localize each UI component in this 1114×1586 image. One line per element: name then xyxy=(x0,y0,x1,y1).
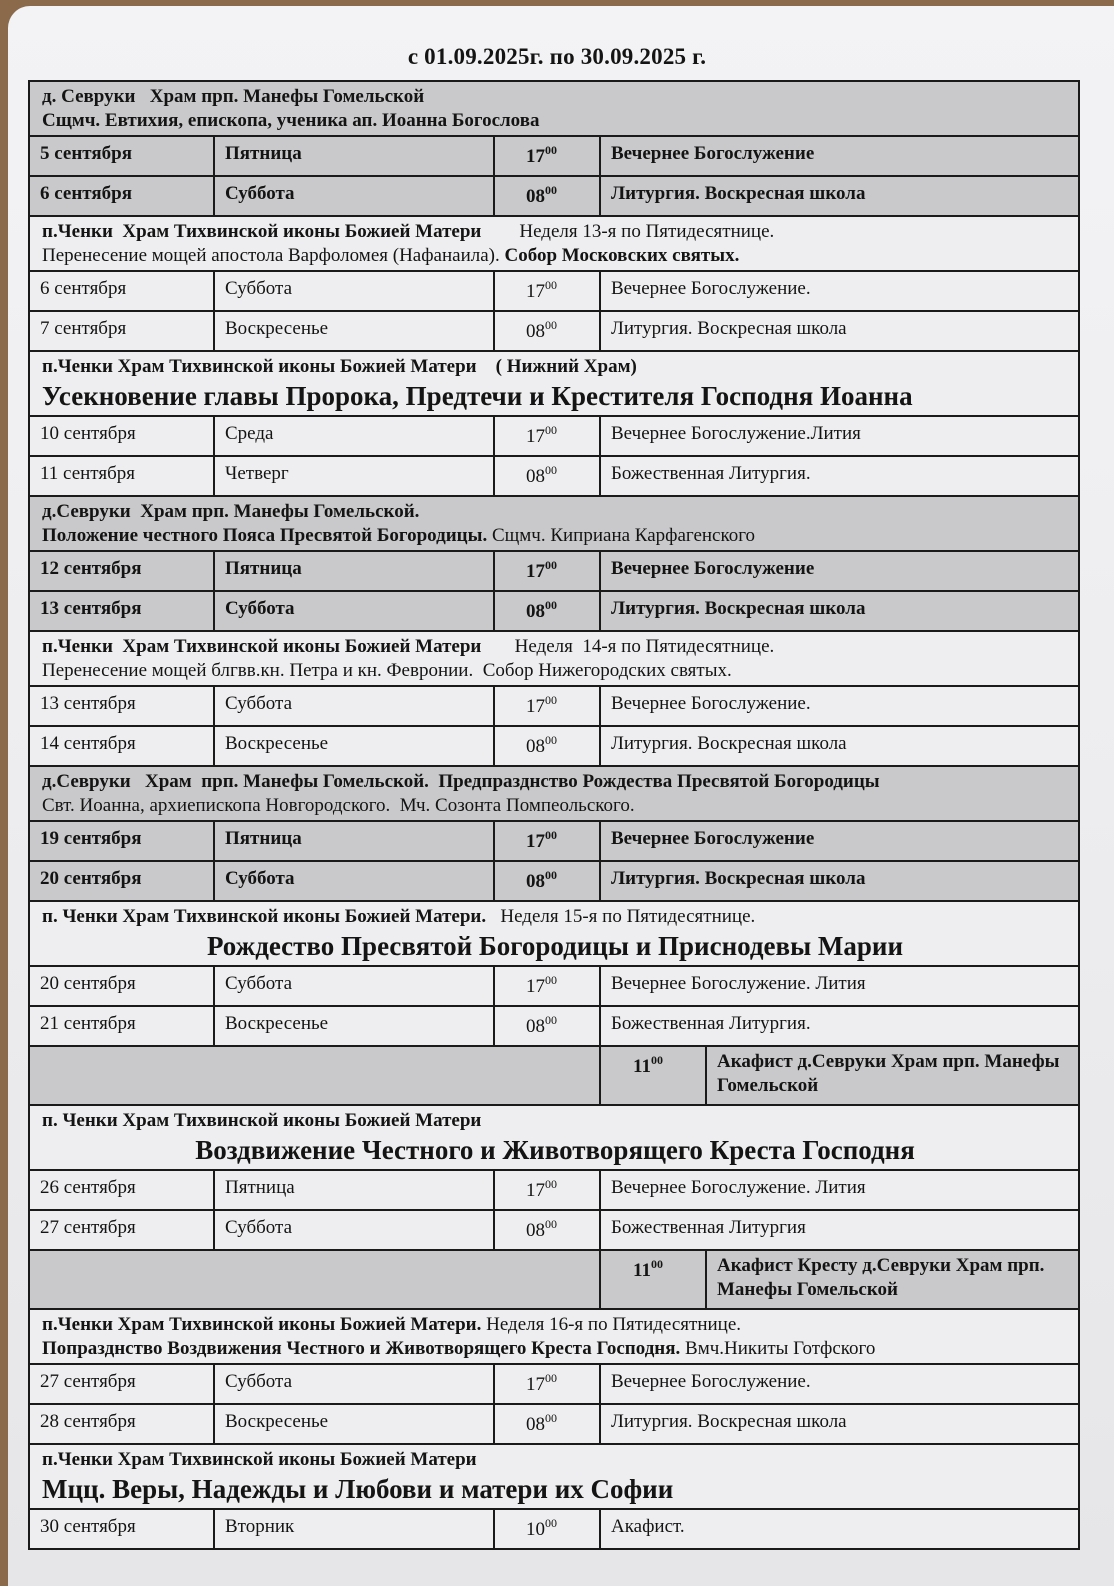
schedule-section: д.Севруки Храм прп. Манефы Гомельской.По… xyxy=(30,497,1078,632)
service-weekday: Суббота xyxy=(215,687,495,725)
schedule-section: п.Ченки Храм Тихвинской иконы Божией Мат… xyxy=(30,1310,1078,1445)
time-minutes: 00 xyxy=(545,183,557,197)
time-hour: 17 xyxy=(526,696,545,717)
service-date: 26 сентября xyxy=(30,1171,215,1209)
service-date: 5 сентября xyxy=(30,137,215,175)
service-row: 10 сентябряСреда1700Вечернее Богослужени… xyxy=(30,415,1078,455)
service-row: 1100Акафист Кресту д.Севруки Храм прп. М… xyxy=(30,1249,1078,1308)
header-text: п.Ченки Храм Тихвинской иконы Божией Мат… xyxy=(42,1449,477,1470)
time-minutes: 00 xyxy=(545,733,557,747)
service-row: 7 сентябряВоскресенье0800Литургия. Воскр… xyxy=(30,310,1078,350)
service-date: 20 сентября xyxy=(30,967,215,1005)
section-header: д.Севруки Храм прп. Манефы Гомельской. П… xyxy=(30,767,1078,820)
service-date: 12 сентября xyxy=(30,552,215,590)
section-header-line: п.Ченки Храм Тихвинской иконы Божией Мат… xyxy=(42,1313,1068,1337)
service-weekday: Воскресенье xyxy=(215,727,495,765)
time-minutes: 00 xyxy=(545,1013,557,1027)
time-hour: 08 xyxy=(526,736,545,757)
service-date: 20 сентября xyxy=(30,862,215,900)
service-date: 6 сентября xyxy=(30,272,215,310)
service-description: Вечернее Богослужение. xyxy=(601,687,1078,725)
service-date: 27 сентября xyxy=(30,1211,215,1249)
time-minutes: 00 xyxy=(545,1516,557,1530)
service-weekday: Среда xyxy=(215,417,495,455)
service-time: 0800 xyxy=(495,1007,601,1045)
service-description: Вечернее Богослужение.Лития xyxy=(601,417,1078,455)
time-hour: 11 xyxy=(633,1056,651,1077)
service-time: 1700 xyxy=(495,552,601,590)
header-text: д.Севруки Храм прп. Манефы Гомельской. П… xyxy=(42,771,880,792)
header-text: Неделя 15-я по Пятидесятнице. xyxy=(486,906,755,927)
service-date: 7 сентября xyxy=(30,312,215,350)
service-schedule-table: д. Севруки Храм прп. Манефы ГомельскойСщ… xyxy=(28,80,1080,1550)
time-hour: 17 xyxy=(526,426,545,447)
service-date: 11 сентября xyxy=(30,457,215,495)
feast-title: Мцц. Веры, Надежды и Любови и матери их … xyxy=(42,1472,1068,1506)
service-row: 26 сентябряПятница1700Вечернее Богослуже… xyxy=(30,1169,1078,1209)
service-description: Божественная Литургия. xyxy=(601,457,1078,495)
header-text: д. Севруки Храм прп. Манефы Гомельской xyxy=(42,86,424,107)
time-minutes: 00 xyxy=(545,143,557,157)
time-minutes: 00 xyxy=(545,558,557,572)
schedule-section: п. Ченки Храм Тихвинской иконы Божией Ма… xyxy=(30,902,1078,1106)
service-description: Литургия. Воскресная школа xyxy=(601,862,1078,900)
service-time: 0800 xyxy=(495,312,601,350)
schedule-section: д. Севруки Храм прп. Манефы ГомельскойСщ… xyxy=(30,82,1078,217)
section-header: п. Ченки Храм Тихвинской иконы Божией Ма… xyxy=(30,1106,1078,1169)
service-time: 0800 xyxy=(495,727,601,765)
section-header-line: Попразднство Воздвижения Честного и Живо… xyxy=(42,1337,1068,1361)
header-text: п.Ченки Храм Тихвинской иконы Божией Мат… xyxy=(42,356,637,377)
service-description: Вечернее Богослужение xyxy=(601,137,1078,175)
service-date: 30 сентября xyxy=(30,1510,215,1548)
schedule-section: п. Ченки Храм Тихвинской иконы Божией Ма… xyxy=(30,1106,1078,1310)
time-hour: 08 xyxy=(526,321,545,342)
service-row: 20 сентябряСуббота1700Вечернее Богослуже… xyxy=(30,965,1078,1005)
service-row: 14 сентябряВоскресенье0800Литургия. Воск… xyxy=(30,725,1078,765)
service-row: 27 сентябряСуббота0800Божественная Литур… xyxy=(30,1209,1078,1249)
schedule-section: п.Ченки Храм Тихвинской иконы Божией Мат… xyxy=(30,217,1078,352)
section-header-line: Сщмч. Евтихия, епископа, ученика ап. Иоа… xyxy=(42,109,1068,133)
section-header: д.Севруки Храм прп. Манефы Гомельской.По… xyxy=(30,497,1078,550)
section-header-line: п.Ченки Храм Тихвинской иконы Божией Мат… xyxy=(42,635,1068,659)
service-date: 13 сентября xyxy=(30,687,215,725)
service-description: Акафист д.Севруки Храм прп. Манефы Гомел… xyxy=(707,1047,1078,1104)
header-text: Вмч.Никиты Готфского xyxy=(680,1338,875,1359)
header-text: Свт. Иоанна, архиепископа Новгородского.… xyxy=(42,795,635,816)
service-row: 11 сентябряЧетверг0800Божественная Литур… xyxy=(30,455,1078,495)
section-header: п. Ченки Храм Тихвинской иконы Божией Ма… xyxy=(30,902,1078,965)
section-header-line: д.Севруки Храм прп. Манефы Гомельской. П… xyxy=(42,770,1068,794)
header-text: Попразднство Воздвижения Честного и Живо… xyxy=(42,1338,680,1359)
service-time: 1100 xyxy=(601,1047,707,1104)
service-weekday: Вторник xyxy=(215,1510,495,1548)
service-row: 21 сентябряВоскресенье0800Божественная Л… xyxy=(30,1005,1078,1045)
service-description: Божественная Литургия. xyxy=(601,1007,1078,1045)
header-text: Перенесение мощей блгвв.кн. Петра и кн. … xyxy=(42,660,732,681)
time-hour: 08 xyxy=(526,1220,545,1241)
service-time: 1100 xyxy=(601,1251,707,1308)
time-minutes: 00 xyxy=(545,1411,557,1425)
service-weekday: Пятница xyxy=(215,1171,495,1209)
section-header-line: д. Севруки Храм прп. Манефы Гомельской xyxy=(42,85,1068,109)
service-row: 19 сентябряПятница1700Вечернее Богослуже… xyxy=(30,820,1078,860)
service-time: 1700 xyxy=(495,1365,601,1403)
header-text: Неделя 14-я по Пятидесятнице. xyxy=(481,636,774,657)
header-text: д.Севруки Храм прп. Манефы Гомельской. xyxy=(42,501,419,522)
service-time: 0800 xyxy=(495,177,601,215)
service-time: 0800 xyxy=(495,1405,601,1443)
service-time: 0800 xyxy=(495,862,601,900)
section-header-line: Свт. Иоанна, архиепископа Новгородского.… xyxy=(42,794,1068,818)
section-header: п.Ченки Храм Тихвинской иконы Божией Мат… xyxy=(30,1310,1078,1363)
header-text: Неделя 13-я по Пятидесятнице. xyxy=(481,221,774,242)
service-description: Вечернее Богослужение xyxy=(601,552,1078,590)
service-weekday: Суббота xyxy=(215,592,495,630)
service-time: 1700 xyxy=(495,822,601,860)
service-weekday: Воскресенье xyxy=(215,1007,495,1045)
time-minutes: 00 xyxy=(545,693,557,707)
feast-title: Усекновение главы Пророка, Предтечи и Кр… xyxy=(42,379,1068,413)
service-weekday: Суббота xyxy=(215,862,495,900)
service-weekday: Воскресенье xyxy=(215,1405,495,1443)
service-time: 1700 xyxy=(495,137,601,175)
header-text: п.Ченки Храм Тихвинской иконы Божией Мат… xyxy=(42,221,481,242)
header-text: п.Ченки Храм Тихвинской иконы Божией Мат… xyxy=(42,1314,481,1335)
time-minutes: 00 xyxy=(651,1257,663,1271)
time-hour: 17 xyxy=(526,831,545,852)
service-time: 1700 xyxy=(495,272,601,310)
schedule-section: п.Ченки Храм Тихвинской иконы Божией Мат… xyxy=(30,352,1078,497)
time-hour: 17 xyxy=(526,146,545,167)
time-minutes: 00 xyxy=(545,423,557,437)
service-weekday: Суббота xyxy=(215,1211,495,1249)
time-minutes: 00 xyxy=(545,828,557,842)
empty-cell xyxy=(30,1251,601,1308)
service-description: Литургия. Воскресная школа xyxy=(601,727,1078,765)
service-description: Божественная Литургия xyxy=(601,1211,1078,1249)
header-text: п. Ченки Храм Тихвинской иконы Божией Ма… xyxy=(42,906,486,927)
service-weekday: Пятница xyxy=(215,137,495,175)
service-row: 13 сентябряСуббота1700Вечернее Богослуже… xyxy=(30,685,1078,725)
service-time: 0800 xyxy=(495,1211,601,1249)
header-text: п.Ченки Храм Тихвинской иконы Божией Мат… xyxy=(42,636,481,657)
time-minutes: 00 xyxy=(545,973,557,987)
time-minutes: 00 xyxy=(545,868,557,882)
time-minutes: 00 xyxy=(545,318,557,332)
service-date: 28 сентября xyxy=(30,1405,215,1443)
feast-title: Рождество Пресвятой Богородицы и Приснод… xyxy=(42,929,1068,963)
section-header: п.Ченки Храм Тихвинской иконы Божией Мат… xyxy=(30,217,1078,270)
header-text: п. Ченки Храм Тихвинской иконы Божией Ма… xyxy=(42,1110,481,1131)
time-minutes: 00 xyxy=(545,1371,557,1385)
section-header-line: Перенесение мощей блгвв.кн. Петра и кн. … xyxy=(42,659,1068,683)
time-minutes: 00 xyxy=(545,1177,557,1191)
time-hour: 17 xyxy=(526,561,545,582)
service-description: Литургия. Воскресная школа xyxy=(601,312,1078,350)
section-header-line: Перенесение мощей апостола Варфоломея (Н… xyxy=(42,244,1068,268)
section-header-line: п. Ченки Храм Тихвинской иконы Божией Ма… xyxy=(42,905,1068,929)
time-hour: 17 xyxy=(526,976,545,997)
service-date: 21 сентября xyxy=(30,1007,215,1045)
time-hour: 17 xyxy=(526,1180,545,1201)
service-time: 1700 xyxy=(495,1171,601,1209)
service-row: 12 сентябряПятница1700Вечернее Богослуже… xyxy=(30,550,1078,590)
service-row: 30 сентябряВторник1000Акафист. xyxy=(30,1508,1078,1548)
service-time: 1700 xyxy=(495,967,601,1005)
service-weekday: Воскресенье xyxy=(215,312,495,350)
section-header-line: п. Ченки Храм Тихвинской иконы Божией Ма… xyxy=(42,1109,1068,1133)
section-header-line: Положение честного Пояса Пресвятой Богор… xyxy=(42,524,1068,548)
service-row: 1100Акафист д.Севруки Храм прп. Манефы Г… xyxy=(30,1045,1078,1104)
schedule-period-title: с 01.09.2025г. по 30.09.2025 г. xyxy=(0,44,1114,70)
service-row: 6 сентябряСуббота0800Литургия. Воскресна… xyxy=(30,175,1078,215)
service-row: 27 сентябряСуббота1700Вечернее Богослуже… xyxy=(30,1363,1078,1403)
service-time: 1700 xyxy=(495,687,601,725)
service-date: 13 сентября xyxy=(30,592,215,630)
header-text: Положение честного Пояса Пресвятой Богор… xyxy=(42,525,487,546)
service-row: 20 сентябряСуббота0800Литургия. Воскресн… xyxy=(30,860,1078,900)
service-date: 19 сентября xyxy=(30,822,215,860)
time-hour: 08 xyxy=(526,1414,545,1435)
schedule-section: п.Ченки Храм Тихвинской иконы Божией Мат… xyxy=(30,1445,1078,1548)
time-minutes: 00 xyxy=(545,1217,557,1231)
header-text: Неделя 16-я по Пятидесятнице. xyxy=(481,1314,741,1335)
time-hour: 08 xyxy=(526,466,545,487)
section-header-line: п.Ченки Храм Тихвинской иконы Божией Мат… xyxy=(42,220,1068,244)
service-weekday: Суббота xyxy=(215,1365,495,1403)
time-hour: 08 xyxy=(526,871,545,892)
section-header-line: п.Ченки Храм Тихвинской иконы Божией Мат… xyxy=(42,355,1068,379)
empty-cell xyxy=(30,1047,601,1104)
service-weekday: Суббота xyxy=(215,967,495,1005)
service-weekday: Пятница xyxy=(215,552,495,590)
service-date: 14 сентября xyxy=(30,727,215,765)
service-description: Акафист. xyxy=(601,1510,1078,1548)
service-row: 5 сентябряПятница1700Вечернее Богослужен… xyxy=(30,135,1078,175)
header-text: Сщмч. Евтихия, епископа, ученика ап. Иоа… xyxy=(42,110,539,131)
service-date: 10 сентября xyxy=(30,417,215,455)
time-minutes: 00 xyxy=(651,1053,663,1067)
service-row: 28 сентябряВоскресенье0800Литургия. Воск… xyxy=(30,1403,1078,1443)
service-row: 13 сентябряСуббота0800Литургия. Воскресн… xyxy=(30,590,1078,630)
service-description: Литургия. Воскресная школа xyxy=(601,592,1078,630)
time-hour: 08 xyxy=(526,1016,545,1037)
schedule-section: д.Севруки Храм прп. Манефы Гомельской. П… xyxy=(30,767,1078,902)
service-time: 0800 xyxy=(495,457,601,495)
section-header-line: Усекновение главы Пророка, Предтечи и Кр… xyxy=(42,379,1068,413)
header-text: Перенесение мощей апостола Варфоломея (Н… xyxy=(42,245,504,266)
section-header: п.Ченки Храм Тихвинской иконы Божией Мат… xyxy=(30,1445,1078,1508)
section-header: д. Севруки Храм прп. Манефы ГомельскойСщ… xyxy=(30,82,1078,135)
section-header-line: Воздвижение Честного и Животворящего Кре… xyxy=(42,1133,1068,1167)
service-weekday: Суббота xyxy=(215,177,495,215)
service-row: 6 сентябряСуббота1700Вечернее Богослужен… xyxy=(30,270,1078,310)
service-description: Литургия. Воскресная школа xyxy=(601,1405,1078,1443)
time-minutes: 00 xyxy=(545,278,557,292)
service-description: Литургия. Воскресная школа xyxy=(601,177,1078,215)
service-description: Акафист Кресту д.Севруки Храм прп. Манеф… xyxy=(707,1251,1078,1308)
time-minutes: 00 xyxy=(545,463,557,477)
service-date: 27 сентября xyxy=(30,1365,215,1403)
header-text: Сщмч. Киприана Карфагенского xyxy=(487,525,755,546)
header-text: Собор Московских святых. xyxy=(504,245,739,266)
time-hour: 11 xyxy=(633,1260,651,1281)
time-minutes: 00 xyxy=(545,598,557,612)
time-hour: 08 xyxy=(526,186,545,207)
time-hour: 10 xyxy=(526,1519,545,1540)
section-header-line: п.Ченки Храм Тихвинской иконы Божией Мат… xyxy=(42,1448,1068,1472)
section-header: п.Ченки Храм Тихвинской иконы Божией Мат… xyxy=(30,352,1078,415)
service-weekday: Пятница xyxy=(215,822,495,860)
service-time: 1000 xyxy=(495,1510,601,1548)
schedule-section: п.Ченки Храм Тихвинской иконы Божией Мат… xyxy=(30,632,1078,767)
service-description: Вечернее Богослужение. Лития xyxy=(601,1171,1078,1209)
service-weekday: Суббота xyxy=(215,272,495,310)
service-description: Вечернее Богослужение. xyxy=(601,272,1078,310)
service-description: Вечернее Богослужение. Лития xyxy=(601,967,1078,1005)
feast-title: Воздвижение Честного и Животворящего Кре… xyxy=(42,1133,1068,1167)
section-header: п.Ченки Храм Тихвинской иконы Божией Мат… xyxy=(30,632,1078,685)
time-hour: 17 xyxy=(526,1374,545,1395)
service-description: Вечернее Богослужение xyxy=(601,822,1078,860)
time-hour: 08 xyxy=(526,601,545,622)
time-hour: 17 xyxy=(526,281,545,302)
service-time: 1700 xyxy=(495,417,601,455)
section-header-line: д.Севруки Храм прп. Манефы Гомельской. xyxy=(42,500,1068,524)
service-weekday: Четверг xyxy=(215,457,495,495)
service-date: 6 сентября xyxy=(30,177,215,215)
section-header-line: Рождество Пресвятой Богородицы и Приснод… xyxy=(42,929,1068,963)
service-time: 0800 xyxy=(495,592,601,630)
service-description: Вечернее Богослужение. xyxy=(601,1365,1078,1403)
section-header-line: Мцц. Веры, Надежды и Любови и матери их … xyxy=(42,1472,1068,1506)
